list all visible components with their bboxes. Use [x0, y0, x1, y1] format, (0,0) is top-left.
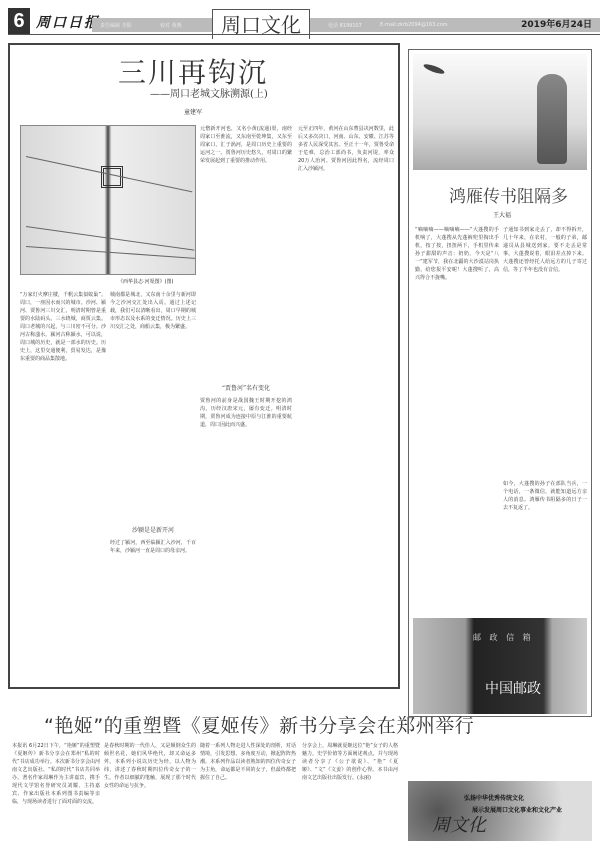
bottom-article-col-3: 随着一系列人物走进人性深处的剖析，对话情境，引发思想，多角度互动，掀起阵阵热潮。… — [200, 742, 296, 842]
map-river — [26, 156, 192, 192]
ink-painting-image — [413, 54, 587, 170]
historical-map-image — [20, 125, 196, 275]
main-article-col-2: 城南都是城北，又东南十余里与新河即今之沙河交汇处出入焉。通过上述记载，我们可以清… — [110, 291, 196, 521]
banner-slogan-1: 弘扬中华优秀传统文化 — [464, 793, 524, 802]
map-river — [26, 246, 196, 259]
paper-logo: 周口日报 — [36, 12, 100, 32]
email-info: E-mail:zkrb2094@163.com — [380, 22, 448, 28]
goose-figure — [423, 62, 446, 75]
design-info: 校对 黄燕 — [160, 22, 182, 29]
main-article-col-4: 元至正四年，黄河在山东曹县决河数里，此后又多次决口，河南、山东、安徽、江苏等多省… — [298, 125, 394, 685]
bottom-article-col-2: 是春秋时期的一代佳人，又是颠倒众生的倾世名花，她们风华绝代，却又命运多舛。本系列… — [104, 742, 196, 842]
main-article-col-1: “万家灯火摩庄楼，千帆云集似蚁巢”。周口，一座因水而兴的城市。沙河、颍河、贾鲁河… — [20, 291, 106, 685]
side-article-col-1: “嘀嘀嘀——嘀嘀嘀——”大蓬搜的手机响了，大蓬搜从先蓬裤兜里掏出手机，按了按，扭… — [415, 226, 499, 614]
side-article-col-3: 如今，大蓬搜的孙子在部队当兵，一个电话，一条微信，就能知道远方亲人的消息。鸿雁传… — [503, 480, 587, 614]
main-article-col-6: 经过了颍河，西至临颍汇入沙河，千百年来，沙颍河一直是周口的母亲河。 — [110, 539, 196, 685]
main-article-subhead-1: “贾鲁河”名有变化 — [200, 383, 292, 392]
mailbox-photo: 邮 政 信 箱 中国邮政 — [413, 618, 587, 714]
editor-info: 责任编辑 李阳 — [100, 22, 132, 29]
main-article-col-5: 贾鲁河的前身是战国魏王时期开挖的鸿沟，历经汉唐宋元，屡有变迁。明清时期，贾鲁河成… — [200, 397, 292, 685]
main-article: 三川再钩沉 ——周口老城文脉溯源(上) 童建军 《西华县志·河渠图》(图) “万… — [8, 43, 400, 689]
main-article-subhead-2: 沙颍是是新开河 — [110, 525, 196, 534]
main-article-subtitle: ——周口老城文脉溯源(上) — [150, 85, 268, 100]
china-post-logo: 中国邮政 — [485, 678, 541, 698]
main-article-author: 童建军 — [184, 107, 202, 116]
banner-calligraphy-logo: 周文化 — [432, 811, 486, 837]
side-article-col-2: 子通知书到家走丢了，却不得拆开，几十年来，在农村，一般的子弟，邮递员从县城送到家… — [503, 226, 587, 476]
masthead: 6 周口日报 责任编辑 李阳 校对 黄燕 电话 8199107 E-mail:z… — [0, 0, 600, 40]
side-article-author: 王大福 — [493, 210, 511, 219]
side-article: 鸿雁传书阻隔多 王大福 “嘀嘀嘀——嘀嘀嘀——”大蓬搜的手机响了，大蓬搜从先蓬裤… — [408, 49, 592, 717]
mailbox-label: 邮 政 信 箱 — [473, 632, 534, 643]
issue-date: 2019年6月24日 — [521, 18, 592, 32]
culture-banner: 弘扬中华优秀传统文化 展示发展周口文化事业和文化产业 周文化 — [408, 781, 592, 841]
page-number: 6 — [8, 8, 30, 34]
masthead-rule — [8, 34, 600, 35]
side-article-title: 鸿雁传书阻隔多 — [449, 182, 568, 207]
map-caption: 《西华县志·河渠图》(图) — [118, 278, 174, 285]
bottom-article-col-1: 本报讯 6月22日下午，“艳姬”的重塑暨《夏姬传》新书分享会在郑州“私的时代”书… — [12, 742, 100, 842]
masthead-bar-left: 责任编辑 李阳 校对 黄燕 — [92, 18, 212, 32]
sage-figure — [537, 74, 567, 164]
phone-info: 电话 8199107 — [328, 22, 362, 29]
main-article-col-3: 元僧新开河也，又名小黄(流通)渠，南经周家口至淮流，又东南至乾坤集，又东至周家口… — [200, 125, 292, 375]
bottom-article-col-4: 分享会上，周琳就夏姬这位“艳”女子的人格魅力，史学价值等方面阐述观点，并与现场读… — [302, 742, 398, 842]
bottom-article-title: “艳姬”的重塑暨《夏姬传》新书分享会在郑州举行 — [44, 711, 474, 738]
